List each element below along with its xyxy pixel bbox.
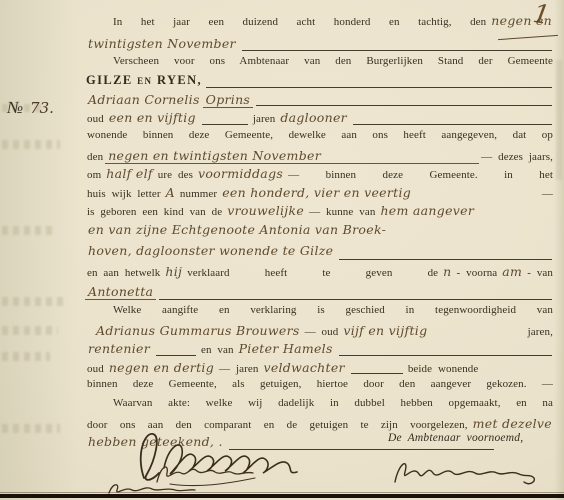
printed-form-text: - van [525, 267, 555, 279]
blank-fill-rule [339, 355, 552, 356]
printed-form-text: Waarvan akte: welke wij dadelijk in dubb… [111, 397, 555, 409]
handwritten-entry: Adrianus Gummarus Brouwers [93, 323, 303, 338]
handwritten-entry: negen en [488, 13, 555, 28]
handwritten-entry: rentenier [85, 341, 153, 356]
printed-form-text: binnen deze Gemeente, als getuigen, hier… [85, 378, 555, 390]
handwritten-entry: en van zijne Echtgenoote Antonia van Bro… [85, 222, 555, 237]
act-line-21: Waarvan akte: welke wij dadelijk in dubb… [85, 397, 555, 416]
act-line-15: Antonetta [85, 284, 555, 304]
printed-form-text: — dezes jaars, [479, 151, 555, 163]
printed-form-text: en van [199, 344, 236, 356]
handwritten-entry: daglooner [277, 110, 350, 125]
act-line-17: Adrianus Gummarus Brouwers— oudvijf en v… [85, 323, 555, 342]
official-label: De Ambtenaar voornoemd, [388, 432, 523, 444]
act-line-14: en aan hetwelkhijverklaard heeft te geve… [85, 264, 555, 284]
handwritten-entry: met dezelve [470, 416, 555, 431]
act-line-13: hoven, dagloonster wonende te Gilze [85, 243, 555, 264]
handwritten-entry: hoven, dagloonster wonende te Gilze [85, 243, 336, 258]
printed-form-text: oud [85, 113, 106, 125]
handwritten-entry: vrouwelijke [224, 203, 307, 218]
act-line-20: binnen deze Gemeente, als getuigen, hier… [85, 378, 555, 397]
printed-form-text: ure des [156, 169, 195, 181]
act-line-9: omhalf elfure desvoormiddags— binnen dez… [85, 166, 555, 185]
numero-sign: № [7, 98, 24, 117]
printed-form-text: — [540, 188, 555, 200]
handwritten-entry: negen en twintigsten November [105, 148, 479, 164]
printed-form-text: — kunne van [307, 206, 377, 218]
printed-form-text: Verscheen voor ons Ambtenaar van den Bur… [111, 55, 555, 67]
printed-form-text: In het jaar een duizend acht honderd en … [111, 16, 488, 28]
printed-form-text: — oud [303, 326, 341, 338]
act-line-16: Welke aangifte en verklaring is geschied… [85, 304, 555, 323]
handwritten-entry: Adriaan Cornelis [85, 92, 203, 107]
printed-form-text: beide wonende [406, 363, 481, 375]
act-text-block: In het jaar een duizend acht honderd en … [85, 13, 555, 454]
printed-form-text: jaren, [526, 326, 555, 338]
blank-fill-rule [156, 355, 196, 356]
printed-form-text: den [85, 151, 105, 163]
handwritten-entry: Oprins [203, 92, 254, 108]
printed-form-text: wonende binnen deze Gemeente, dewelke aa… [85, 129, 555, 141]
blank-fill-rule [202, 124, 248, 125]
act-line-1: In het jaar een duizend acht honderd en … [85, 13, 555, 36]
printed-form-text: GILZE en RYEN, [85, 73, 203, 88]
act-line-12: en van zijne Echtgenoote Antonia van Bro… [85, 222, 555, 243]
blank-fill-rule [339, 259, 552, 260]
blank-fill-rule [256, 105, 552, 106]
act-line-19: oudnegen en dertig— jarenveldwachterbeid… [85, 360, 555, 379]
act-line-6: oudeen en vijftigjarendaglooner [85, 110, 555, 129]
blank-fill-rule [242, 50, 552, 51]
handwritten-entry: half elf [103, 166, 156, 181]
handwritten-entry: twintigsten November [85, 36, 239, 51]
printed-form-text: nummer [178, 188, 219, 200]
blank-fill-rule [353, 124, 552, 125]
handwritten-entry: voormiddags [195, 166, 286, 181]
act-line-8: dennegen en twintigsten November— dezes … [85, 148, 555, 167]
printed-form-text: is geboren een kind van de [85, 206, 224, 218]
page-bottom-edge [0, 494, 564, 498]
handwritten-entry: vijf en vijftig [340, 323, 525, 338]
printed-form-text: en aan hetwelk [85, 267, 162, 279]
act-line-3: Verscheen voor ons Ambtenaar van den Bur… [85, 55, 555, 74]
printed-form-text: — jaren [217, 363, 260, 375]
printed-form-text: Welke aangifte en verklaring is geschied… [111, 304, 555, 316]
handwritten-entry: hij [162, 264, 185, 279]
handwritten-entry: veldwachter [260, 360, 347, 375]
handwritten-entry: Antonetta [85, 284, 156, 300]
printed-form-text: verklaard heeft te geven de [185, 267, 440, 279]
handwritten-entry: am [499, 264, 525, 279]
signature-registrar-hoevenaars [388, 452, 540, 492]
handwritten-entry: een honderd, vier en veertig [219, 185, 540, 200]
act-line-18: rentenieren vanPieter Hamels [85, 341, 555, 360]
handwritten-entry: Pieter Hamels [236, 341, 336, 356]
printed-form-text: — binnen deze Gemeente. in het [286, 169, 555, 181]
handwritten-entry: hem aangever [377, 203, 555, 218]
printed-form-text: jaren [251, 113, 277, 125]
act-number: №73. [7, 98, 54, 118]
act-line-11: is geboren een kind van devrouwelijke— k… [85, 203, 555, 222]
act-line-5: Adriaan CornelisOprins [85, 92, 555, 111]
act-number-value: 73. [24, 99, 54, 117]
handwritten-entry: negen en dertig [106, 360, 217, 375]
blank-fill-rule [159, 299, 552, 300]
act-line-10: huis wijk letterAnummereen honderd, vier… [85, 185, 555, 204]
handwritten-entry: A [163, 185, 178, 200]
handwritten-entry: n [440, 264, 454, 279]
blank-fill-rule [206, 87, 552, 88]
handwritten-entry: een en vijftig [106, 110, 199, 125]
blank-fill-rule [351, 373, 403, 374]
printed-form-text: - voorna [455, 267, 500, 279]
printed-form-text: om [85, 169, 103, 181]
printed-form-text: huis wijk letter [85, 188, 163, 200]
act-line-7: wonende binnen deze Gemeente, dewelke aa… [85, 129, 555, 148]
printed-form-text: oud [85, 363, 106, 375]
act-line-4: GILZE en RYEN, [85, 73, 555, 92]
act-line-2: twintigsten November [85, 36, 555, 55]
